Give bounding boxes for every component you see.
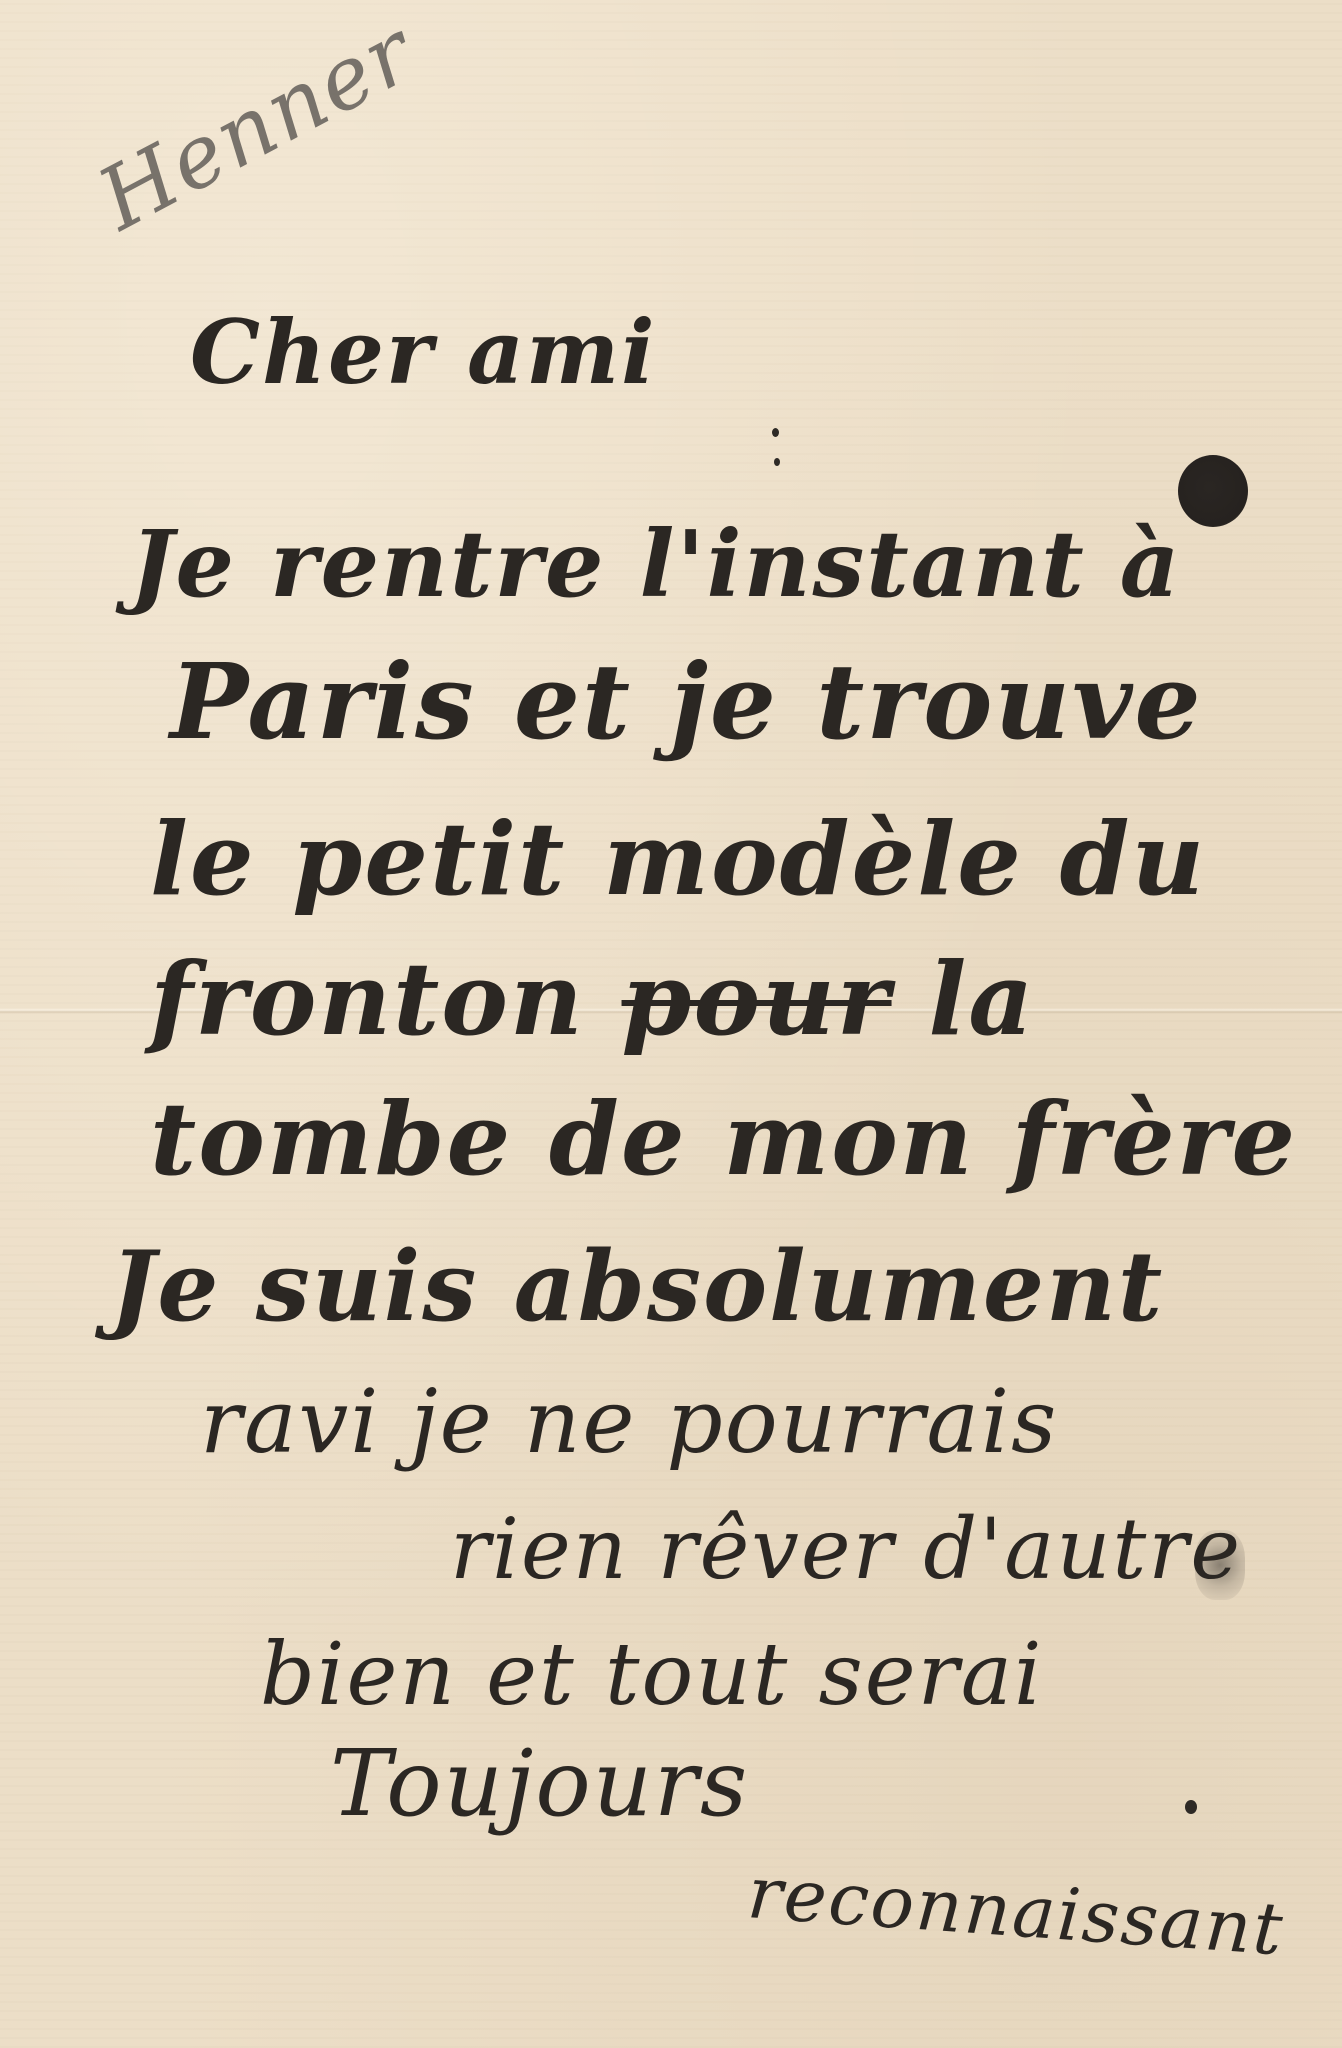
body-line-6: Je suis absolument (110, 1230, 1164, 1343)
closing-line: Toujours (330, 1730, 749, 1837)
letter-page: Henner Cher ami Je rentre l'instant à Pa… (0, 0, 1342, 2048)
body-line-7: ravi je ne pourrais (200, 1370, 1058, 1473)
body-line-3: le petit modèle du (150, 800, 1206, 918)
body-line-1: Je rentre l'instant à (130, 510, 1181, 618)
struck-word: pour (622, 940, 892, 1058)
body-line-8: rien rêver d'autre (450, 1500, 1242, 1598)
ink-speck (774, 458, 780, 466)
salutation: Cher ami (190, 300, 657, 404)
body-line-9: bien et tout serai (260, 1625, 1044, 1725)
word-la: la (928, 940, 1035, 1058)
word-fronton: fronton (150, 940, 585, 1058)
ink-blot (1178, 455, 1248, 527)
ink-speck (772, 428, 779, 437)
closing-signature-word: reconnaissant (745, 1850, 1287, 1971)
pencil-annotation: Henner (83, 2, 431, 250)
ink-speck (1185, 1800, 1197, 1814)
body-line-5: tombe de mon frère (150, 1080, 1297, 1198)
body-line-4: fronton pour la (150, 940, 1035, 1058)
body-line-2: Paris et je trouve (170, 640, 1203, 763)
